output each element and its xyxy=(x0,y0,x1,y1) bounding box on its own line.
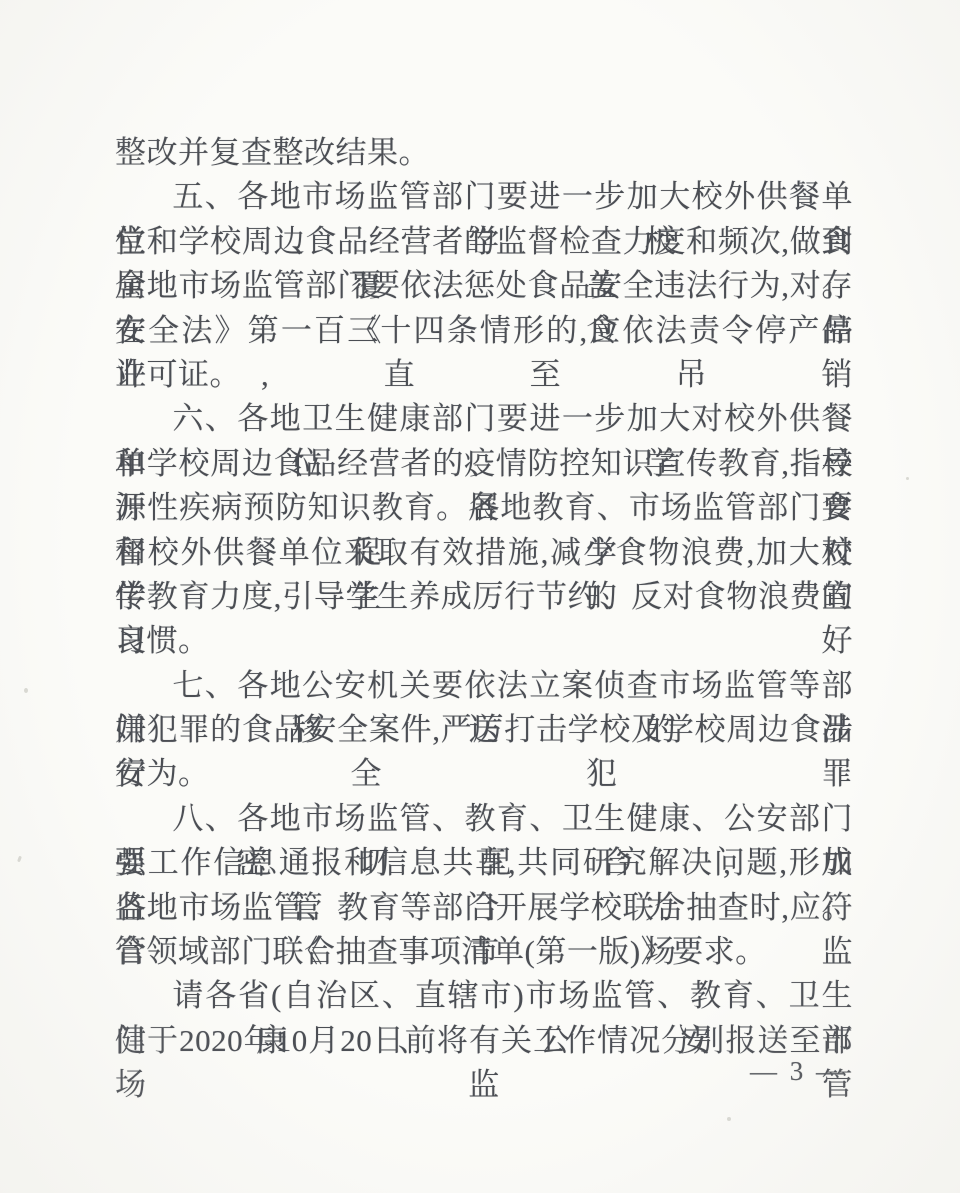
text-line: 八、各地市场监管、教育、卫生健康、公安部门要密切配合,加 xyxy=(115,797,853,841)
text-line: 六、各地卫生健康部门要进一步加大对校外供餐单位、学校 xyxy=(115,397,853,441)
text-line: 强工作信息通报和信息共享,共同研究解决问题,形成监管合力。 xyxy=(115,841,853,885)
scan-speckle xyxy=(727,1117,731,1121)
document-body: 整改并复查整改结果。 五、各地市场监管部门要进一步加大校外供餐单位、学校食 堂和… xyxy=(115,131,853,1063)
text-line: 和校外供餐单位采取有效措施,减少食物浪费,加大对学生的宣 xyxy=(115,531,853,575)
page-number: — 3 — xyxy=(738,1056,858,1087)
text-line: 五、各地市场监管部门要进一步加大校外供餐单位、学校食 xyxy=(115,175,853,219)
scan-speckle xyxy=(24,688,28,693)
text-line: 和学校周边食品经营者的疫情防控知识宣传教育,指导开展食 xyxy=(115,442,853,486)
text-line: 堂和学校周边食品经营者的监督检查力度和频次,做到全覆盖。 xyxy=(115,220,853,264)
scan-speckle xyxy=(17,856,22,863)
text-line: 嫌犯罪的食品安全案件,严厉打击学校及学校周边食品安全犯罪 xyxy=(115,708,853,752)
text-line: 安全法》第一百三十四条情形的,应依法责令停产停业,直至吊销 xyxy=(115,309,853,353)
scan-speckle xyxy=(906,477,909,480)
text-line: 整改并复查整改结果。 xyxy=(115,131,853,175)
text-line: 源性疾病预防知识教育。各地教育、市场监管部门要督促学校 xyxy=(115,486,853,530)
text-line: 属地市场监管部门要依法惩处食品安全违法行为,对存在《食品 xyxy=(115,264,853,308)
text-line: 七、各地公安机关要依法立案侦查市场监管等部门移送的涉 xyxy=(115,664,853,708)
scanned-document-page: 整改并复查整改结果。 五、各地市场监管部门要进一步加大校外供餐单位、学校食 堂和… xyxy=(0,0,960,1193)
text-line: 管领域部门联合抽查事项清单(第一版)》要求。 xyxy=(115,930,853,974)
text-line: 传教育力度,引导学生养成厉行节约、反对食物浪费的良好 xyxy=(115,575,853,619)
text-line: 请各省(自治区、直辖市)市场监管、教育、卫生健康、公安部 xyxy=(115,974,853,1018)
text-line: 各地市场监管、教育等部门开展学校联合抽查时,应符合《市场监 xyxy=(115,886,853,930)
